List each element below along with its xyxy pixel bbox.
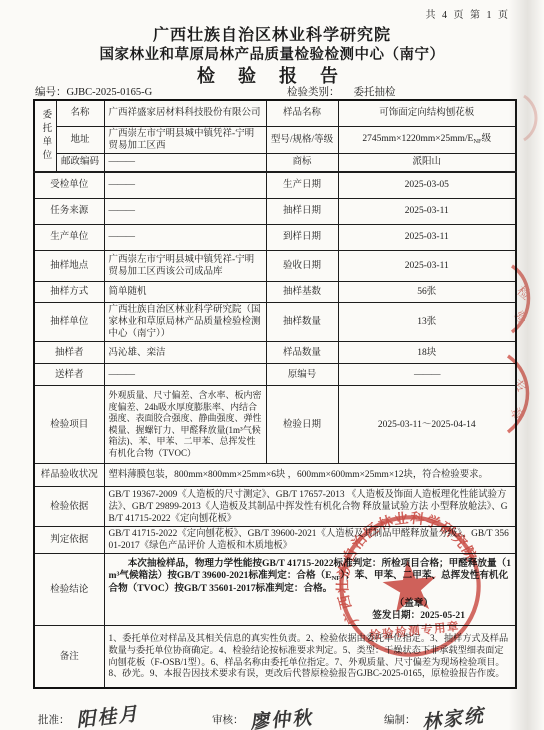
inspection-category-value: 委托抽检 [354, 87, 396, 98]
postcode-value: ——— [104, 153, 266, 172]
arrival-date-label: 到样日期 [266, 224, 338, 250]
test-date-label: 检验日期 [266, 386, 338, 464]
client-group-label: 委托单位 [34, 100, 56, 172]
sampling-base-label: 抽样基数 [266, 281, 338, 302]
spec-value: 2745mm×1220mm×25mm/ENF级 [338, 126, 516, 153]
conclusion-label: 检验结论 [34, 554, 104, 626]
test-basis-value: GB/T 19367-2009《人造板的尺寸测定》、GB/T 17657-201… [104, 487, 516, 527]
report-number-value: GJBC-2025-0165-G [67, 87, 153, 98]
sample-qty-value: 18块 [338, 342, 516, 364]
production-date-label: 生产日期 [266, 172, 338, 198]
postcode-label: 邮政编码 [56, 153, 104, 172]
sample-condition-label: 样品验收状况 [34, 464, 104, 487]
signature-row: 批准：阳桂月 审核：廖仲秋 编制：林家统 [0, 694, 544, 730]
sampler-value: 冯沁雄、栾洁 [104, 342, 266, 364]
conclusion-text: 本次抽检样品，物理力学性能按GB/T 41715-2022标准判定：所检项目合格… [109, 558, 512, 596]
approve-signature: 批准：阳桂月 [38, 702, 141, 729]
report-meta: 编号：GJBC-2025-0165-G 检验类别：委托抽检 [0, 84, 544, 98]
judgment-basis-label: 判定依据 [34, 527, 104, 554]
sampling-base-value: 56张 [338, 281, 516, 302]
spec-value-sub: NF [473, 138, 481, 145]
acceptance-date-value: 2025-03-11 [338, 250, 516, 281]
sampling-date-label: 抽样日期 [266, 198, 338, 224]
producer-label: 生产单位 [34, 224, 104, 250]
test-date-value: 2025-03-11～2025-04-14 [338, 386, 516, 464]
trademark-value: 派阳山 [338, 153, 516, 172]
spec-value-pre: 2745mm×1220mm×25mm/E [362, 134, 473, 144]
org-name-line1: 广西壮族自治区林业科学研究院 [0, 22, 544, 45]
client-name-value: 广西祥盛家居材料科技股份有限公司 [104, 100, 266, 126]
org-name-line2: 国家林业和草原局林产品质量检验检测中心（南宁） [0, 43, 544, 64]
inspected-unit-value: ——— [104, 172, 266, 198]
review-label: 审核： [212, 715, 244, 726]
approve-signature-name: 阳桂月 [76, 698, 143, 730]
task-source-value: ——— [104, 198, 266, 224]
seal-hint: （盖章） [109, 598, 512, 610]
sample-sender-value: ——— [104, 364, 266, 386]
report-table: 委托单位 名称 广西祥盛家居材料科技股份有限公司 样品名称 可饰面定向结构刨花板… [33, 99, 517, 689]
review-signature: 审核：廖仲秋 [212, 702, 315, 729]
conclusion-text-sub: NF [332, 575, 341, 582]
sample-condition-value: 塑料薄膜包装，800mm×800mm×25mm×6块 ，600mm×600mm×… [104, 464, 516, 487]
inspection-category: 检验类别：委托抽检 [287, 84, 396, 99]
sample-name-label: 样品名称 [266, 100, 338, 126]
svg-text:检: 检 [514, 283, 534, 303]
report-number-label: 编号： [35, 87, 67, 98]
sampling-place-value: 广西崇左市宁明县城中镇凭祥-宁明贸易加工区西该公司成品库 [104, 250, 266, 281]
sample-qty-label: 样品数量 [266, 342, 338, 364]
sampling-qty-value: 13张 [338, 302, 516, 341]
prepare-label: 编制： [384, 715, 416, 726]
arrival-date-value: 2025-03-11 [338, 224, 516, 250]
test-items-value: 外观质量、尺寸偏差、含水率、板内密度偏差、24h吸水厚度膨胀率、内结合强度、表面… [104, 386, 266, 464]
review-signature-name: 廖仲秋 [250, 703, 316, 730]
report-page: 共 4 页 第 1 页 广西壮族自治区林业科学研究院 国家林业和草原局林产品质量… [0, 0, 544, 730]
prepare-signature-name: 林家统 [421, 700, 488, 730]
original-number-label: 原编号 [266, 364, 338, 386]
conclusion-value: 本次抽检样品，物理力学性能按GB/T 41715-2022标准判定：所检项目合格… [104, 554, 516, 626]
sampling-method-label: 抽样方式 [34, 281, 104, 302]
approve-label: 批准： [38, 715, 70, 726]
original-number-value: ——— [338, 364, 516, 386]
inspected-unit-label: 受检单位 [34, 172, 104, 198]
sampling-qty-label: 抽样数量 [266, 302, 338, 341]
client-address-label: 地址 [56, 126, 104, 153]
sampler-label: 抽样者 [34, 342, 104, 364]
test-basis-label: 检验依据 [34, 487, 104, 527]
sampling-date-value: 2025-03-11 [338, 198, 516, 224]
sample-sender-label: 送样者 [34, 364, 104, 386]
report-number: 编号：GJBC-2025-0165-G [35, 84, 152, 99]
client-name-label: 名称 [56, 100, 104, 126]
client-address-value: 广西崇左市宁明县城中镇凭祥-宁明贸易加工区西 [104, 126, 266, 153]
remarks-label: 备注 [34, 626, 104, 688]
sampling-place-label: 抽样地点 [34, 250, 104, 281]
task-source-label: 任务来源 [34, 198, 104, 224]
edge-seal-fragment-icon [520, 92, 544, 144]
producer-value: ——— [104, 224, 266, 250]
spec-label: 型号/规格/等级 [266, 126, 338, 153]
prepare-signature: 编制：林家统 [384, 702, 487, 729]
spec-value-post: 级 [482, 134, 492, 144]
judgment-basis-value: GB/T 41715-2022《定向刨花板》、GB/T 39600-2021《人… [104, 527, 516, 554]
page-number: 共 4 页 第 1 页 [426, 6, 511, 21]
inspection-category-label: 检验类别： [287, 87, 340, 98]
trademark-label: 商标 [266, 153, 338, 172]
remarks-value: 1、委托单位对样品及其相关信息的真实性负责。2、检验依据由委托单位指定。3、抽样… [104, 626, 516, 688]
sample-name-value: 可饰面定向结构刨花板 [338, 100, 516, 126]
sampling-unit-value: 广西壮族自治区林业科学研究院（国家林业和草原局林产品质量检验检测中心（南宁）） [104, 302, 266, 341]
acceptance-date-label: 验收日期 [266, 250, 338, 281]
sampling-method-value: 简单随机 [104, 281, 266, 302]
production-date-value: 2025-03-05 [338, 172, 516, 198]
sampling-unit-label: 抽样单位 [34, 302, 104, 341]
issue-date: 签发日期：2025-05-21 [109, 610, 512, 622]
test-items-label: 检验项目 [34, 386, 104, 464]
